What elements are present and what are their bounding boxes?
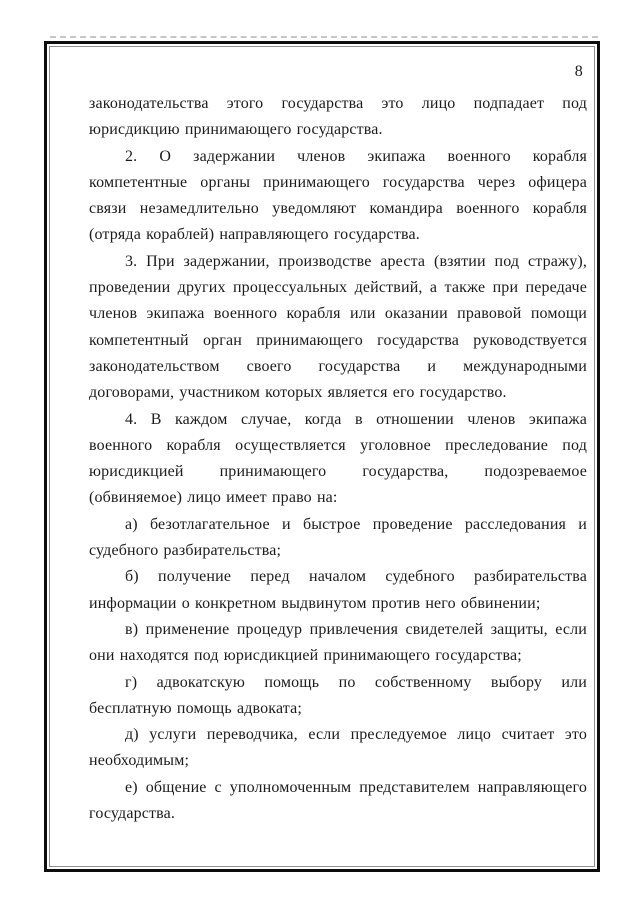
para-subitem-e: е) общение с уполномоченным представител… <box>89 775 587 828</box>
para-item-4: 4. В каждом случае, когда в отношении чл… <box>89 407 587 512</box>
para-item-2: 2. О задержании членов экипажа военного … <box>89 144 587 249</box>
scanned-document-page: { "colors": { "background": "#ffffff", "… <box>0 0 640 905</box>
page-number: 8 <box>89 62 587 82</box>
para-subitem-d: д) услуги переводчика, если преследуемое… <box>89 722 587 775</box>
scan-artifact-dashes <box>50 36 598 38</box>
page-content: 8 законодательства этого государства это… <box>89 62 587 861</box>
para-continuation: законодательства этого государства это л… <box>89 91 587 144</box>
para-subitem-b: б) получение перед началом судебного раз… <box>89 564 587 617</box>
document-body: законодательства этого государства это л… <box>89 91 587 827</box>
para-item-3: 3. При задержании, производстве ареста (… <box>89 249 587 407</box>
para-subitem-g: г) адвокатскую помощь по собственному вы… <box>89 670 587 723</box>
page-frame: 8 законодательства этого государства это… <box>44 41 600 872</box>
para-subitem-v: в) применение процедур привлечения свиде… <box>89 617 587 670</box>
para-subitem-a: а) безотлагательное и быстрое проведение… <box>89 512 587 565</box>
